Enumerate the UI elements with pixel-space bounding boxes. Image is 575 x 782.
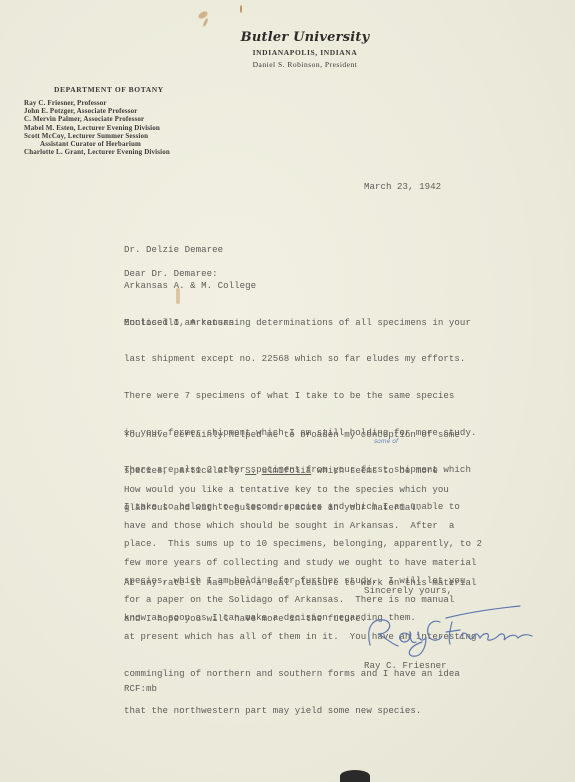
staff-line: Assistant Curator of Herbarium (24, 140, 170, 148)
letter-date: March 23, 1942 (364, 181, 441, 193)
institution-name: Butler University (240, 30, 370, 45)
handwritten-insertion: some of (374, 438, 398, 445)
text-line: There were 7 specimens of what I take to… (124, 390, 482, 402)
paper-stain (240, 5, 242, 13)
reference-initials: RCF:mb (124, 683, 157, 695)
institution-president: Daniel S. Robinson, President (240, 60, 370, 69)
typed-signer-name: Ray C. Friesner (364, 660, 447, 672)
text-line: How would you like a tentative key to th… (124, 484, 476, 496)
recipient-line: Arkansas A. & M. College (124, 280, 256, 292)
text-line: last shipment except no. 22568 which so … (124, 353, 482, 365)
department-title: DEPARTMENT OF BOTANY (54, 85, 170, 94)
text-line: have and those which should be sought in… (124, 520, 476, 532)
staff-line: Scott McCoy, Lecturer Summer Session (24, 132, 170, 140)
staff-line: Ray C. Friesner, Professor (24, 99, 170, 107)
staff-line: C. Mervin Palmer, Associate Professor (24, 115, 170, 123)
handwritten-signature (360, 600, 540, 660)
binder-clip-shadow (340, 770, 370, 782)
department-block: DEPARTMENT OF BOTANY Ray C. Friesner, Pr… (24, 85, 170, 156)
text-line: Enclosed I am returning determinations o… (124, 317, 482, 329)
staff-line: Charlotte L. Grant, Lecturer Evening Div… (24, 148, 170, 156)
institution-city: INDIANAPOLIS, INDIANA (240, 48, 370, 57)
salutation: Dear Dr. Demaree: (124, 268, 218, 280)
text-line: that the northwestern part may yield som… (124, 705, 476, 717)
closing: Sincerely yours, (364, 585, 452, 597)
staff-line: Mabel M. Esten, Lecturer Evening Divisio… (24, 124, 170, 132)
recipient-line: Dr. Delzie Demaree (124, 244, 256, 256)
text-line: You have certainly helped me to broaden … (124, 429, 460, 441)
letterhead: Butler University INDIANAPOLIS, INDIANA … (240, 30, 370, 69)
staff-line: John E. Potzger, Associate Professor (24, 107, 170, 115)
